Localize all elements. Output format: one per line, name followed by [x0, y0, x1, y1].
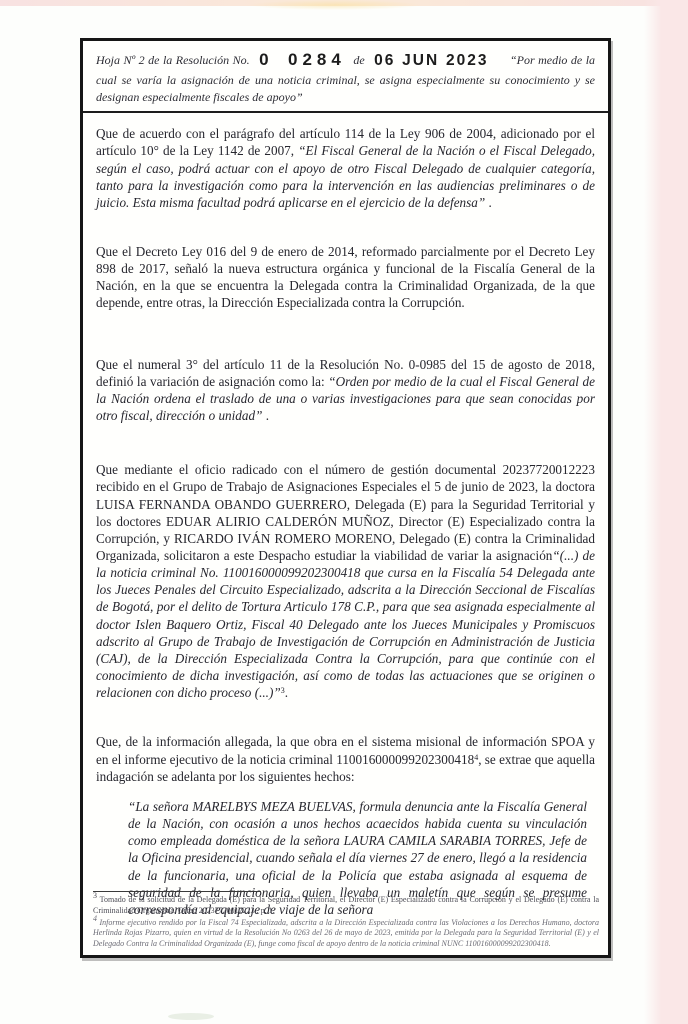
paragraph-decreto-ley-016: Que el Decreto Ley 016 del 9 de enero de… — [96, 243, 595, 312]
document-body: Que de acuerdo con el parágrafo del artí… — [83, 125, 608, 918]
paragraph-text: Que mediante el oficio radicado con el n… — [96, 462, 595, 563]
paragraph-text: . — [266, 408, 269, 423]
document-header: Hoja Nº 2 de la Resolución No. 0 0284 de… — [83, 41, 608, 113]
scan-artifact-right-edge — [644, 0, 688, 1024]
resolution-date-stamp: 06 JUN 2023 — [374, 52, 488, 69]
footnote-3-text: Tomado de la solicitud de la Delegada (E… — [93, 895, 599, 915]
paragraph-legal-basis-ley906: Que de acuerdo con el parágrafo del artí… — [96, 125, 595, 211]
paragraph-informacion-allegada: Que, de la información allegada, la que … — [96, 733, 595, 784]
header-sheet-label: Hoja Nº 2 de la Resolución No. — [96, 53, 250, 67]
paragraph-text: . — [489, 195, 492, 210]
scan-artifact-highlight-smudge — [250, 0, 420, 10]
footnote-4: 4 Informe ejecutivo rendido por la Fisca… — [93, 918, 599, 950]
paragraph-text: Que el Decreto Ley 016 del 9 de enero de… — [96, 244, 595, 310]
paragraph-oficio-radicado: Que mediante el oficio radicado con el n… — [96, 461, 595, 701]
paragraph-text: . — [285, 685, 288, 700]
paragraph-quoted-text: “(...) de la noticia criminal No. 110016… — [96, 548, 595, 700]
scan-artifact-bottom-mark — [168, 1013, 214, 1020]
header-connector: de — [353, 53, 364, 67]
document-page-frame: Hoja Nº 2 de la Resolución No. 0 0284 de… — [80, 38, 611, 958]
resolution-number-stamp: 0284 — [288, 50, 346, 69]
paragraph-resolucion-0985: Que el numeral 3° del artículo 11 de la … — [96, 356, 595, 425]
footnotes-section: 3 Tomado de la solicitud de la Delegada … — [93, 891, 599, 951]
footnote-separator-rule — [93, 891, 261, 892]
resolution-number-stamp-prefix: 0 — [259, 50, 270, 69]
footnote-3: 3 Tomado de la solicitud de la Delegada … — [93, 895, 599, 917]
footnote-4-text: Informe ejecutivo rendido por la Fiscal … — [93, 918, 599, 949]
